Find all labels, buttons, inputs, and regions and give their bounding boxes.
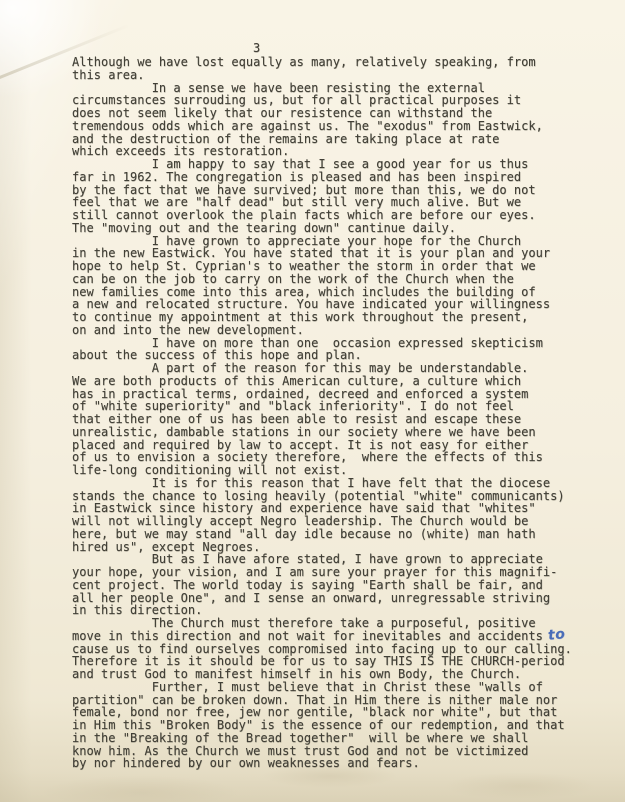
text-line: that either one of us has been able to r… [72,413,572,426]
text-line: We are both products of this American cu… [72,375,572,388]
text-line: still cannot overlook the plain facts wh… [72,209,572,222]
text-line: It is for this reason that I have felt t… [72,477,572,490]
text-line: far in 1962. The congregation is pleased… [72,171,572,184]
text-line: The Church must therefore take a purpose… [72,617,572,630]
text-line: can be on the job to carry on the work o… [72,273,572,286]
page-number: 3 [253,41,260,55]
text-line: cent project. The world today is saying … [72,579,572,592]
text-line: A part of the reason for this may be und… [72,362,572,375]
text-line: will not willingly accept Negro leadersh… [72,515,572,528]
handwritten-annotation: to [547,626,566,644]
text-line: and trust God to manifest himself in his… [72,668,572,681]
text-line: this area. [72,69,572,82]
text-line: life-long conditioning will not exist. [72,464,572,477]
text-line: here, but we may stand "all day idle bec… [72,528,572,541]
text-line: your hope, your vision, and I am sure yo… [72,566,572,579]
document-page: 3 Although we have lost equally as many,… [0,0,625,802]
text-line: in the "Breaking of the Bread together" … [72,732,572,745]
text-line: Further, I must believe that in Christ t… [72,681,572,694]
text-line: Although we have lost equally as many, r… [72,56,572,69]
text-line: by nor hindered by our own weaknesses an… [72,757,572,770]
text-line: unrealistic, dambable stations in our so… [72,426,572,439]
typewritten-text: Although we have lost equally as many, r… [72,56,572,770]
text-line: I am happy to say that I see a good year… [72,158,572,171]
text-line: The "moving out and the tearing down" ca… [72,222,572,235]
text-line: on and into the new development. [72,324,572,337]
text-line: tremendous odds which are against us. Th… [72,120,572,133]
text-line: move in this direction and not wait for … [72,630,572,643]
text-line: to continue my appointment at this work … [72,311,572,324]
text-line: in Him this "Broken Body" is the essence… [72,719,572,732]
text-line: does not seem likely that our resistence… [72,107,572,120]
text-line: hope to help St. Cyprian's to weather th… [72,260,572,273]
